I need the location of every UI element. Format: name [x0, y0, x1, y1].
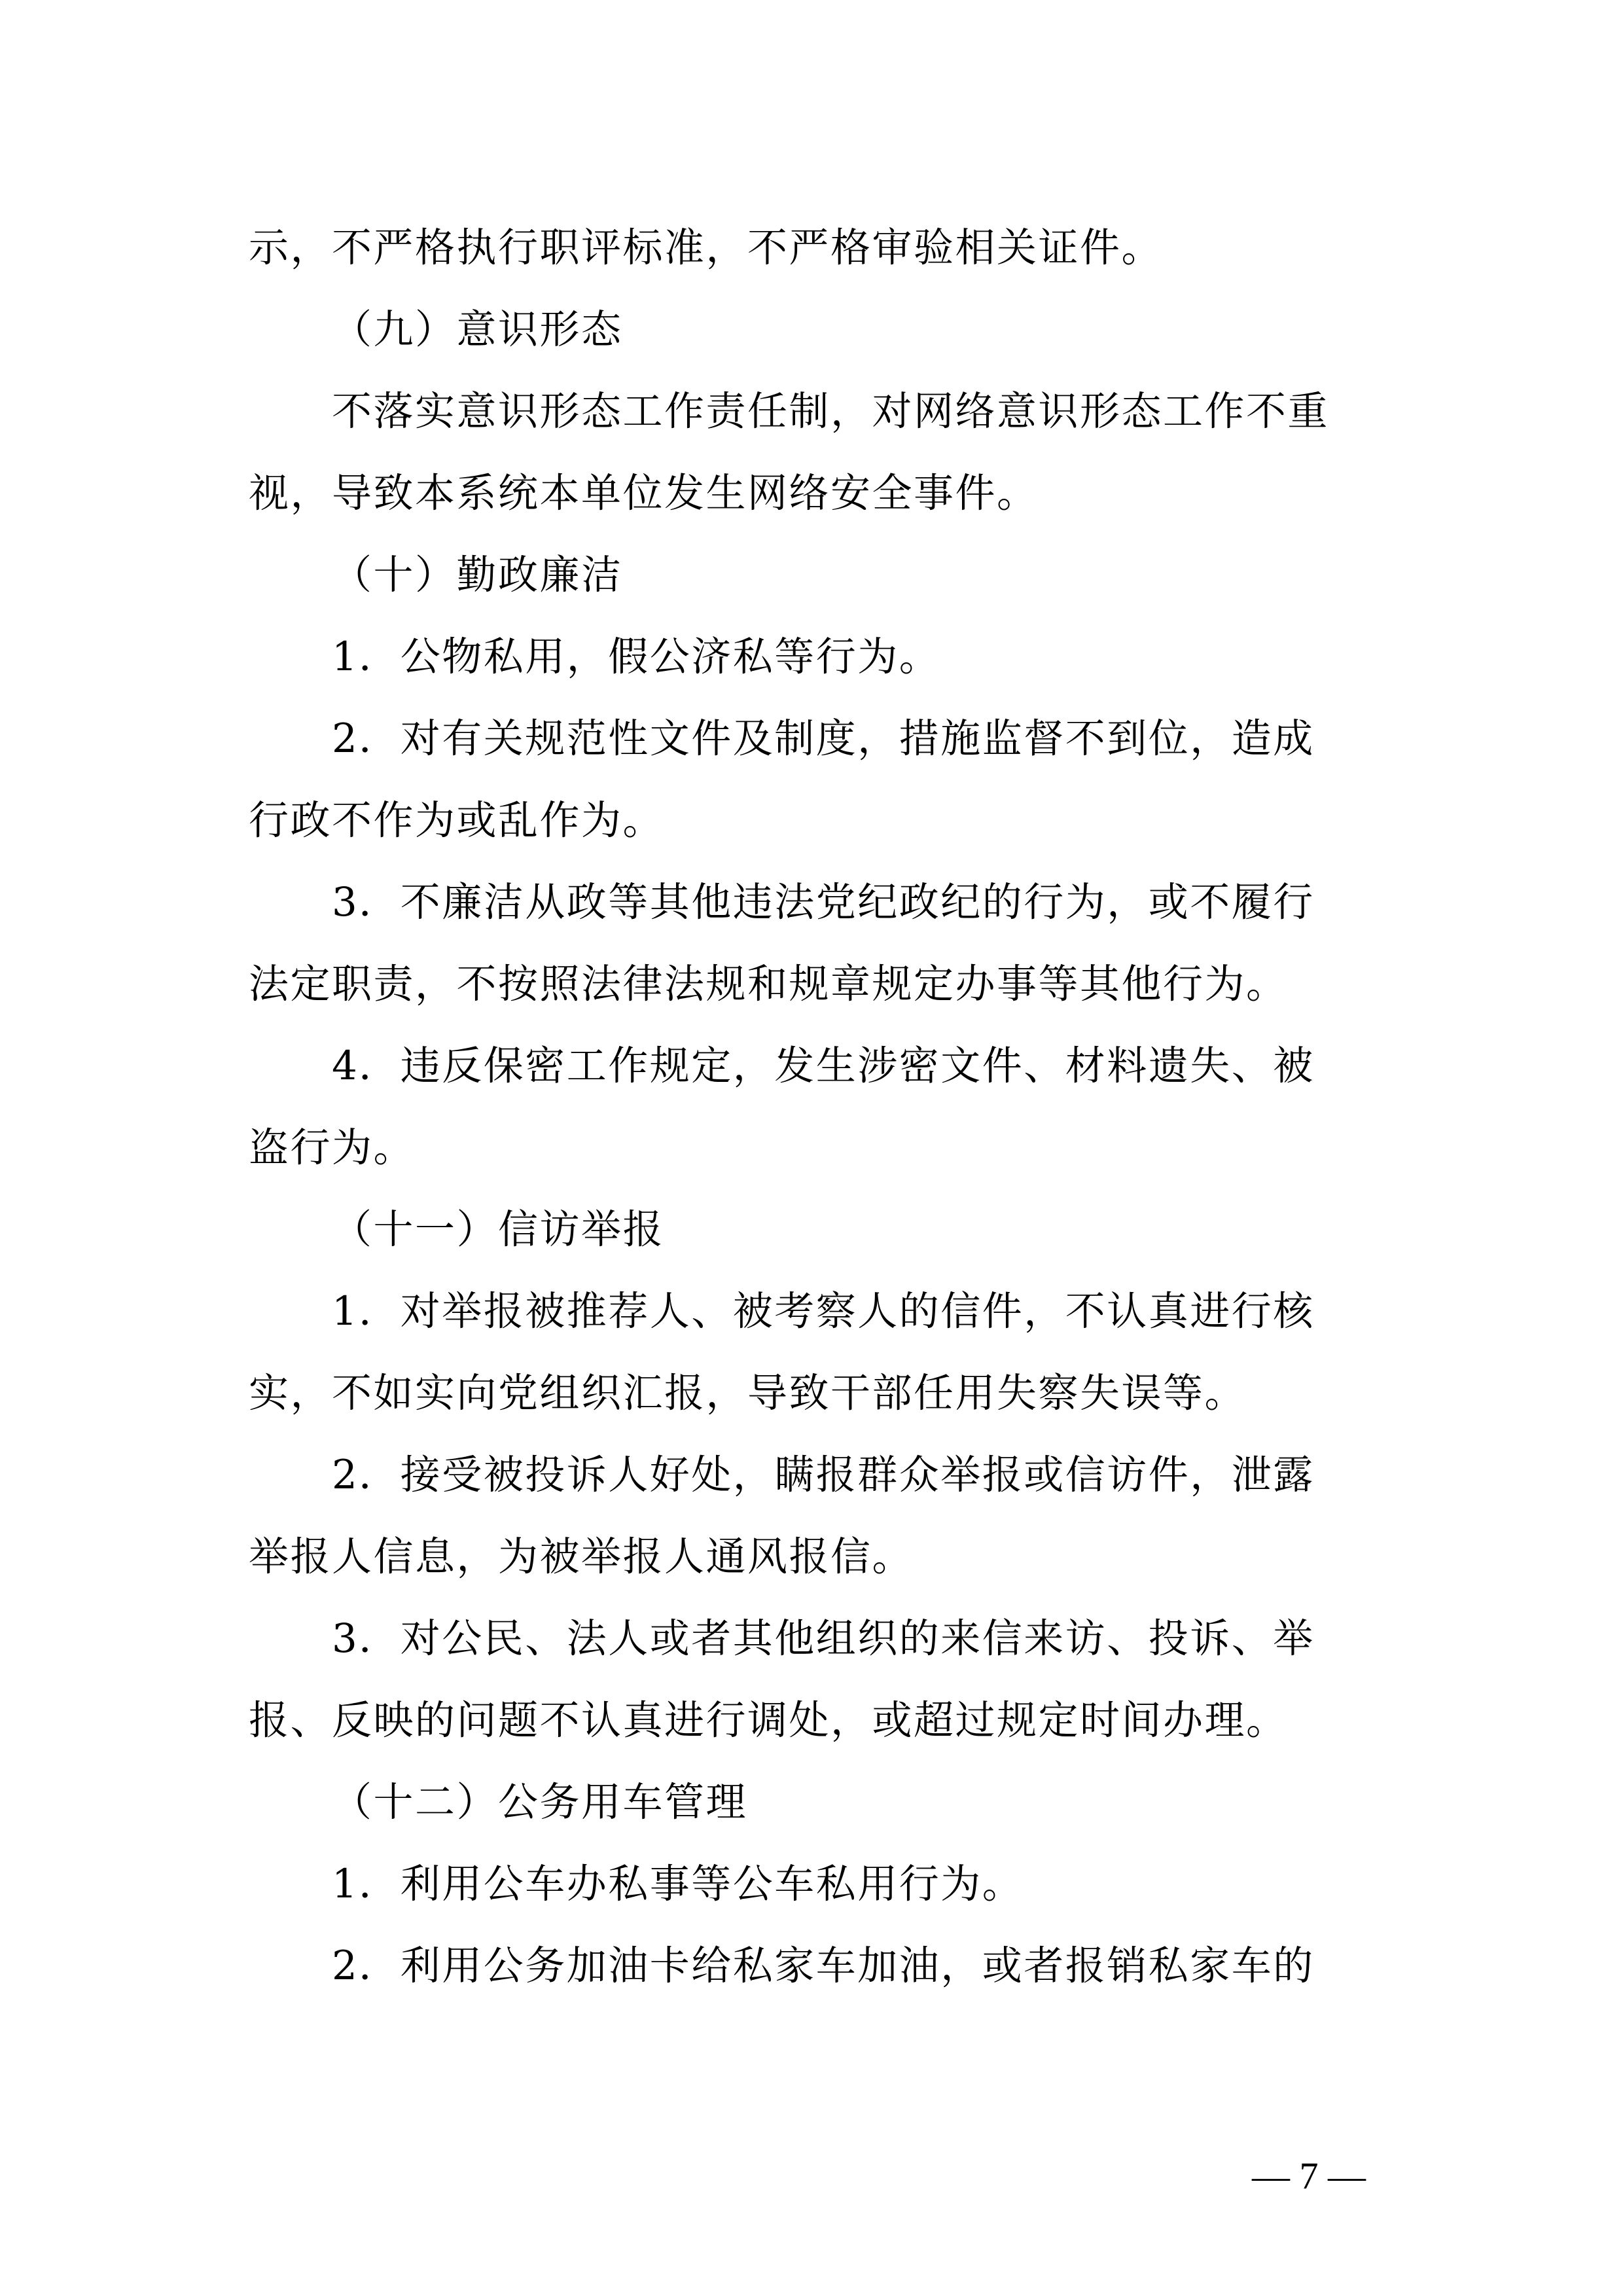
document-page: 示，不严格执行职评标准，不严格审验相关证件。 （九）意识形态 不落实意识形态工作…	[0, 0, 1623, 2296]
paragraph-line-continuation: 报、反映的问题不认真进行调处，或超过规定时间办理。	[249, 1679, 1374, 1761]
paragraph-line-continuation: 行政不作为或乱作为。	[249, 780, 1374, 861]
section-heading-vehicles: （十二）公务用车管理	[249, 1761, 1374, 1843]
section-heading-petitions: （十一）信访举报	[249, 1189, 1374, 1270]
list-item: 2．接受被投诉人好处，瞒报群众举报或信访件，泄露	[249, 1434, 1374, 1516]
paragraph-line-continuation: 实，不如实向党组织汇报，导致干部任用失察失误等。	[249, 1352, 1374, 1434]
list-item: 2．利用公务加油卡给私家车加油，或者报销私家车的	[249, 1925, 1374, 2007]
paragraph-line: 不落实意识形态工作责任制，对网络意识形态工作不重	[249, 370, 1374, 452]
page-number: — 7 —	[1230, 2150, 1387, 2202]
body-text: 示，不严格执行职评标准，不严格审验相关证件。 （九）意识形态 不落实意识形态工作…	[249, 207, 1374, 2007]
list-item: 1．利用公车办私事等公车私用行为。	[249, 1843, 1374, 1925]
paragraph-line-continuation: 视，导致本系统本单位发生网络安全事件。	[249, 452, 1374, 534]
section-heading-ideology: （九）意识形态	[249, 289, 1374, 370]
paragraph-line-continuation: 示，不严格执行职评标准，不严格审验相关证件。	[249, 207, 1374, 289]
list-item: 1．对举报被推荐人、被考察人的信件，不认真进行核	[249, 1270, 1374, 1352]
paragraph-line-continuation: 盗行为。	[249, 1107, 1374, 1189]
paragraph-line-continuation: 举报人信息，为被举报人通风报信。	[249, 1516, 1374, 1598]
list-item: 1．公物私用，假公济私等行为。	[249, 616, 1374, 698]
list-item: 3．对公民、法人或者其他组织的来信来访、投诉、举	[249, 1598, 1374, 1679]
list-item: 2．对有关规范性文件及制度，措施监督不到位，造成	[249, 698, 1374, 780]
list-item: 4．违反保密工作规定，发生涉密文件、材料遗失、被	[249, 1025, 1374, 1107]
paragraph-line-continuation: 法定职责，不按照法律法规和规章规定办事等其他行为。	[249, 943, 1374, 1025]
list-item: 3．不廉洁从政等其他违法党纪政纪的行为，或不履行	[249, 861, 1374, 943]
section-heading-integrity: （十）勤政廉洁	[249, 534, 1374, 616]
